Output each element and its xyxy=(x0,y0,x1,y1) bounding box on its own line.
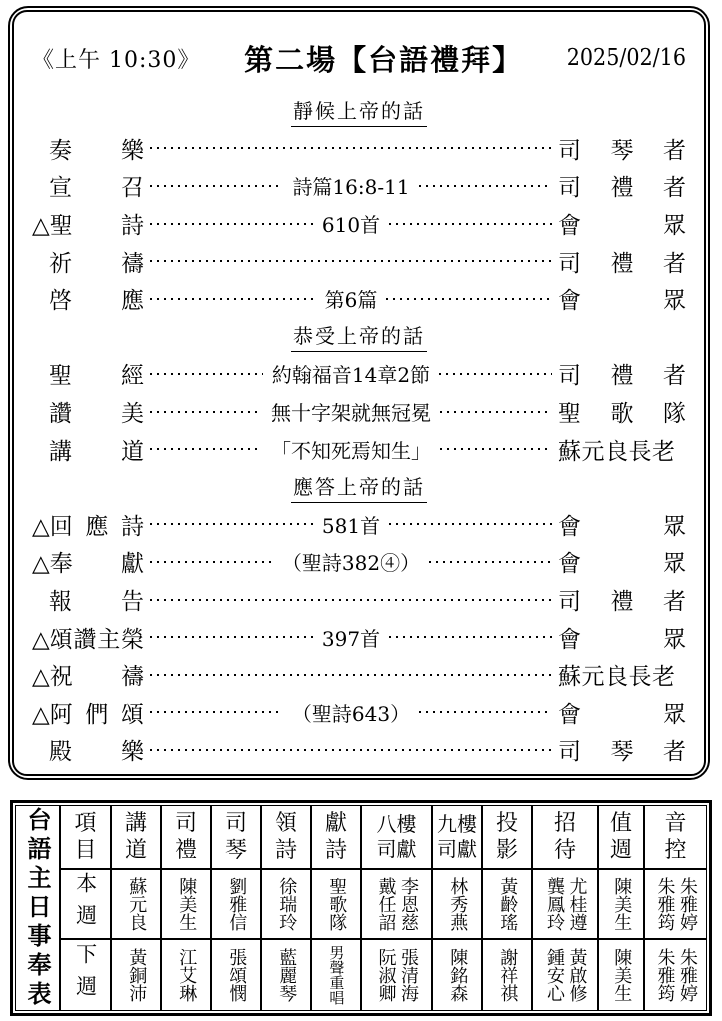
duty-cell: 李恩慈戴任詔 xyxy=(362,870,433,940)
program-row-leader: 詩篇16:8-11 xyxy=(144,171,558,200)
duty-person-name: 朱雅婷 xyxy=(676,948,699,1002)
leader-dots xyxy=(150,411,262,413)
duty-header-line: 講 xyxy=(125,810,147,838)
duty-person-name: 黃銅沛 xyxy=(125,948,148,1002)
leader-dots xyxy=(150,223,313,225)
duty-header-cell: 司琴 xyxy=(212,806,262,870)
program-row-right: 司琴者 xyxy=(558,733,686,766)
program-row-center-text: （聖詩643） xyxy=(290,698,412,727)
leader-dots xyxy=(386,298,552,300)
program-row: △阿們頌（聖詩643）會眾 xyxy=(32,694,686,732)
program-row-leader xyxy=(144,260,558,262)
leader-dots xyxy=(150,147,552,149)
program-section-title: 應答上帝的話 xyxy=(32,468,686,506)
week-label: 下週 xyxy=(72,943,98,1007)
week-label: 本週 xyxy=(72,872,98,936)
duty-cell: 藍麗琴 xyxy=(262,940,312,1010)
leader-dots xyxy=(440,411,552,413)
program-row-label: 祈禱 xyxy=(32,245,144,278)
duty-header-cell: 八樓司獻 xyxy=(362,806,433,870)
duty-person-name: 劉雅信 xyxy=(225,877,248,931)
leader-dots xyxy=(440,448,552,450)
program-row-right: 司禮者 xyxy=(558,357,686,390)
duty-person-name: 徐瑞玲 xyxy=(275,877,298,931)
program-row: △頌讚主榮397首會眾 xyxy=(32,618,686,656)
leader-dots xyxy=(150,749,552,751)
duty-person-name: 江艾琳 xyxy=(175,948,198,1002)
program-header: 《上午 10:30》 第二場【台語禮拜】 2025/02/16 xyxy=(32,34,686,82)
duty-person-name: 藍麗琴 xyxy=(275,948,298,1002)
program-row-label: △阿們頌 xyxy=(32,696,144,729)
service-date: 2025/02/16 xyxy=(567,45,686,71)
duty-person-name: 陳美生 xyxy=(610,877,633,931)
duty-header-line: 招 xyxy=(554,810,576,838)
program-section-title: 靜候上帝的話 xyxy=(32,92,686,130)
program-row: 殿樂司琴者 xyxy=(32,731,686,769)
program-row: 聖經約翰福音14章2節司禮者 xyxy=(32,355,686,393)
leader-dots xyxy=(150,711,283,713)
duty-person-name: 戴任詔 xyxy=(374,877,397,931)
duty-header-line: 目 xyxy=(74,837,96,865)
program-row-label: △頌讚主榮 xyxy=(32,621,144,654)
duty-cell: 謝祥祺 xyxy=(483,940,533,1010)
program-list: 靜候上帝的話奏樂司琴者宣召詩篇16:8-11司禮者△聖詩610首會眾祈禱司禮者啓… xyxy=(32,92,686,769)
leader-dots xyxy=(150,185,283,187)
duty-cell: 蘇元良 xyxy=(112,870,162,940)
duty-header-cell: 值週 xyxy=(599,806,645,870)
duty-cell: 陳美生 xyxy=(599,870,645,940)
leader-dots xyxy=(389,636,552,638)
program-row-right: 會眾 xyxy=(558,545,686,578)
duty-person-name: 張頌憫 xyxy=(225,948,248,1002)
program-row-center-text: 第6篇 xyxy=(323,284,380,313)
duty-cell: 張清海阮淑卿 xyxy=(362,940,433,1010)
leader-dots xyxy=(150,523,313,525)
program-section-title: 恭受上帝的話 xyxy=(32,318,686,356)
program-row-leader xyxy=(144,147,558,149)
duty-person-name: 男聲重唱 xyxy=(327,945,346,1005)
duty-person-name: 陳銘森 xyxy=(446,948,469,1002)
duty-grid: 台語主日事奉表 項目講道司禮司琴領詩獻詩八樓司獻九樓司獻投影招待值週音控本週蘇元… xyxy=(16,806,706,1010)
program-row-right: 會眾 xyxy=(558,508,686,541)
program-row-leader: 397首 xyxy=(144,623,558,652)
duty-table-side-title: 台語主日事奉表 xyxy=(16,806,61,1010)
program-row-right: 蘇元良長老 xyxy=(558,433,686,466)
duty-header-line: 琴 xyxy=(225,837,247,865)
program-row-center-text: 610首 xyxy=(320,209,382,238)
program-row-leader: 581首 xyxy=(144,510,558,539)
duty-person-name: 聖歌隊 xyxy=(325,877,348,931)
leader-dots xyxy=(389,223,552,225)
duty-cell: 陳美生 xyxy=(162,870,212,940)
leader-dots xyxy=(150,448,262,450)
duty-cell: 林秀燕 xyxy=(433,870,483,940)
duty-header-cell: 音控 xyxy=(645,806,706,870)
program-row: 宣召詩篇16:8-11司禮者 xyxy=(32,167,686,205)
page-title: 第二場【台語禮拜】 xyxy=(244,38,523,79)
program-row-right: 會眾 xyxy=(558,696,686,729)
program-row-leader: 「不知死焉知生」 xyxy=(144,435,558,464)
duty-person-name: 謝祥祺 xyxy=(496,948,519,1002)
program-row-label: △祝禱 xyxy=(32,658,144,691)
duty-header-line: 獻 xyxy=(325,810,347,838)
duty-person-name: 黃齡瑤 xyxy=(496,877,519,931)
program-row: △奉獻（聖詩382④）會眾 xyxy=(32,543,686,581)
duty-header-line: 項 xyxy=(74,810,96,838)
duty-person-name: 尤桂遵 xyxy=(565,877,588,931)
program-row-leader xyxy=(144,749,558,751)
duty-person-name: 林秀燕 xyxy=(446,877,469,931)
leader-dots xyxy=(150,599,552,601)
program-row-center-text: （聖詩382④） xyxy=(280,547,422,576)
duty-header-cell: 招待 xyxy=(533,806,599,870)
duty-header-cell: 九樓司獻 xyxy=(433,806,483,870)
program-row-center-text: 詩篇16:8-11 xyxy=(290,171,411,200)
duty-cell: 徐瑞玲 xyxy=(262,870,312,940)
program-row: △回應詩581首會眾 xyxy=(32,506,686,544)
duty-header-line: 待 xyxy=(554,837,576,865)
leader-dots xyxy=(150,260,552,262)
program-row: 祈禱司禮者 xyxy=(32,242,686,280)
duty-header-line: 八樓 xyxy=(377,812,417,837)
program-row-right: 會眾 xyxy=(558,621,686,654)
duty-cell: 朱雅婷朱雅筠 xyxy=(645,870,706,940)
program-row: 奏樂司琴者 xyxy=(32,130,686,168)
program-row-label: 講道 xyxy=(32,433,144,466)
leader-dots xyxy=(150,636,313,638)
program-row-right: 司禮者 xyxy=(558,245,686,278)
duty-person-name: 龔鳳玲 xyxy=(543,877,566,931)
duty-person-name: 朱雅筠 xyxy=(653,948,676,1002)
program-row-label: △回應詩 xyxy=(32,508,144,541)
program-row-right: 聖歌隊 xyxy=(558,395,686,428)
duty-table: 台語主日事奉表 項目講道司禮司琴領詩獻詩八樓司獻九樓司獻投影招待值週音控本週蘇元… xyxy=(10,800,712,1016)
program-row-label: 宣召 xyxy=(32,169,144,202)
program-row-center-text: 「不知死焉知生」 xyxy=(269,435,433,464)
duty-header-line: 司 xyxy=(175,810,197,838)
program-row-center-text: 無十字架就無冠冕 xyxy=(269,397,433,426)
leader-dots xyxy=(389,523,552,525)
duty-person-name: 張清海 xyxy=(397,948,420,1002)
program-row-right: 司琴者 xyxy=(558,132,686,165)
week-label-cell: 下週 xyxy=(61,940,112,1010)
program-row-center-text: 約翰福音14章2節 xyxy=(270,359,432,388)
duty-person-name: 朱雅婷 xyxy=(676,877,699,931)
program-row-leader: 無十字架就無冠冕 xyxy=(144,397,558,426)
duty-header-cell: 投影 xyxy=(483,806,533,870)
program-row-right: 司禮者 xyxy=(558,583,686,616)
duty-cell: 黃齡瑤 xyxy=(483,870,533,940)
program-row-leader xyxy=(144,599,558,601)
program-box: 《上午 10:30》 第二場【台語禮拜】 2025/02/16 靜候上帝的話奏樂… xyxy=(8,6,710,780)
program-row-label: △奉獻 xyxy=(32,545,144,578)
leader-dots xyxy=(429,561,552,563)
program-row-right: 司禮者 xyxy=(558,169,686,202)
program-row-label: 聖經 xyxy=(32,357,144,390)
program-row-center-text: 397首 xyxy=(320,623,382,652)
duty-person-name: 朱雅筠 xyxy=(653,877,676,931)
duty-header-line: 禮 xyxy=(175,837,197,865)
duty-cell: 黃銅沛 xyxy=(112,940,162,1010)
service-time: 《上午 10:30》 xyxy=(32,43,200,74)
duty-header-line: 詩 xyxy=(325,837,347,865)
program-row-leader: 約翰福音14章2節 xyxy=(144,359,558,388)
program-row: 講道「不知死焉知生」蘇元良長老 xyxy=(32,430,686,468)
duty-cell: 尤桂遵龔鳳玲 xyxy=(533,870,599,940)
leader-dots xyxy=(150,373,263,375)
program-row: 啓應第6篇會眾 xyxy=(32,280,686,318)
week-label-cell: 本週 xyxy=(61,870,112,940)
duty-header-cell: 獻詩 xyxy=(312,806,362,870)
leader-dots xyxy=(419,711,552,713)
program-row-center-text: 581首 xyxy=(320,510,382,539)
program-row-label: 啓應 xyxy=(32,282,144,315)
leader-dots xyxy=(150,298,316,300)
duty-person-name: 鍾安心 xyxy=(543,948,566,1002)
program-box-inner: 《上午 10:30》 第二場【台語禮拜】 2025/02/16 靜候上帝的話奏樂… xyxy=(12,10,706,776)
duty-cell: 朱雅婷朱雅筠 xyxy=(645,940,706,1010)
duty-cell: 陳美生 xyxy=(599,940,645,1010)
duty-header-line: 週 xyxy=(610,837,632,865)
duty-header-line: 司獻 xyxy=(377,837,417,862)
duty-header-cell: 領詩 xyxy=(262,806,312,870)
duty-header-cell: 項目 xyxy=(61,806,112,870)
duty-header-line: 控 xyxy=(664,837,686,865)
duty-person-name: 陳美生 xyxy=(610,948,633,1002)
duty-header-line: 影 xyxy=(496,837,518,865)
duty-table-inner: 台語主日事奉表 項目講道司禮司琴領詩獻詩八樓司獻九樓司獻投影招待值週音控本週蘇元… xyxy=(15,805,707,1011)
program-row: △祝禱蘇元良長老 xyxy=(32,656,686,694)
program-row-label: 讚美 xyxy=(32,395,144,428)
duty-header-cell: 司禮 xyxy=(162,806,212,870)
program-row: △聖詩610首會眾 xyxy=(32,205,686,243)
duty-cell: 張頌憫 xyxy=(212,940,262,1010)
duty-person-name: 蘇元良 xyxy=(125,877,148,931)
duty-person-name: 陳美生 xyxy=(175,877,198,931)
duty-person-name: 黃啟修 xyxy=(565,948,588,1002)
duty-header-line: 司獻 xyxy=(437,837,477,862)
program-row-label: 殿樂 xyxy=(32,733,144,766)
program-row-leader: （聖詩382④） xyxy=(144,547,558,576)
program-row: 報告司禮者 xyxy=(32,581,686,619)
duty-cell: 江艾琳 xyxy=(162,940,212,1010)
program-row-right: 會眾 xyxy=(558,207,686,240)
duty-header-line: 道 xyxy=(125,837,147,865)
duty-header-line: 音 xyxy=(664,810,686,838)
duty-header-line: 領 xyxy=(275,810,297,838)
duty-cell: 聖歌隊 xyxy=(312,870,362,940)
program-row-leader: 第6篇 xyxy=(144,284,558,313)
program-row-leader: 610首 xyxy=(144,209,558,238)
leader-dots xyxy=(419,185,552,187)
program-row-label: △聖詩 xyxy=(32,207,144,240)
leader-dots xyxy=(150,561,273,563)
duty-header-line: 詩 xyxy=(275,837,297,865)
program-row-leader xyxy=(144,674,558,676)
program-row: 讚美無十字架就無冠冕聖歌隊 xyxy=(32,393,686,431)
duty-header-line: 值 xyxy=(610,810,632,838)
duty-cell: 陳銘森 xyxy=(433,940,483,1010)
duty-header-line: 九樓 xyxy=(437,812,477,837)
program-row-leader: （聖詩643） xyxy=(144,698,558,727)
duty-cell: 男聲重唱 xyxy=(312,940,362,1010)
program-row-label: 奏樂 xyxy=(32,132,144,165)
duty-cell: 劉雅信 xyxy=(212,870,262,940)
duty-cell: 黃啟修鍾安心 xyxy=(533,940,599,1010)
duty-header-line: 投 xyxy=(496,810,518,838)
duty-header-line: 司 xyxy=(225,810,247,838)
program-row-label: 報告 xyxy=(32,583,144,616)
program-row-right: 會眾 xyxy=(558,282,686,315)
duty-header-cell: 講道 xyxy=(112,806,162,870)
duty-person-name: 李恩慈 xyxy=(397,877,420,931)
leader-dots xyxy=(150,674,552,676)
duty-person-name: 阮淑卿 xyxy=(374,948,397,1002)
leader-dots xyxy=(439,373,552,375)
program-row-right: 蘇元良長老 xyxy=(558,658,686,691)
